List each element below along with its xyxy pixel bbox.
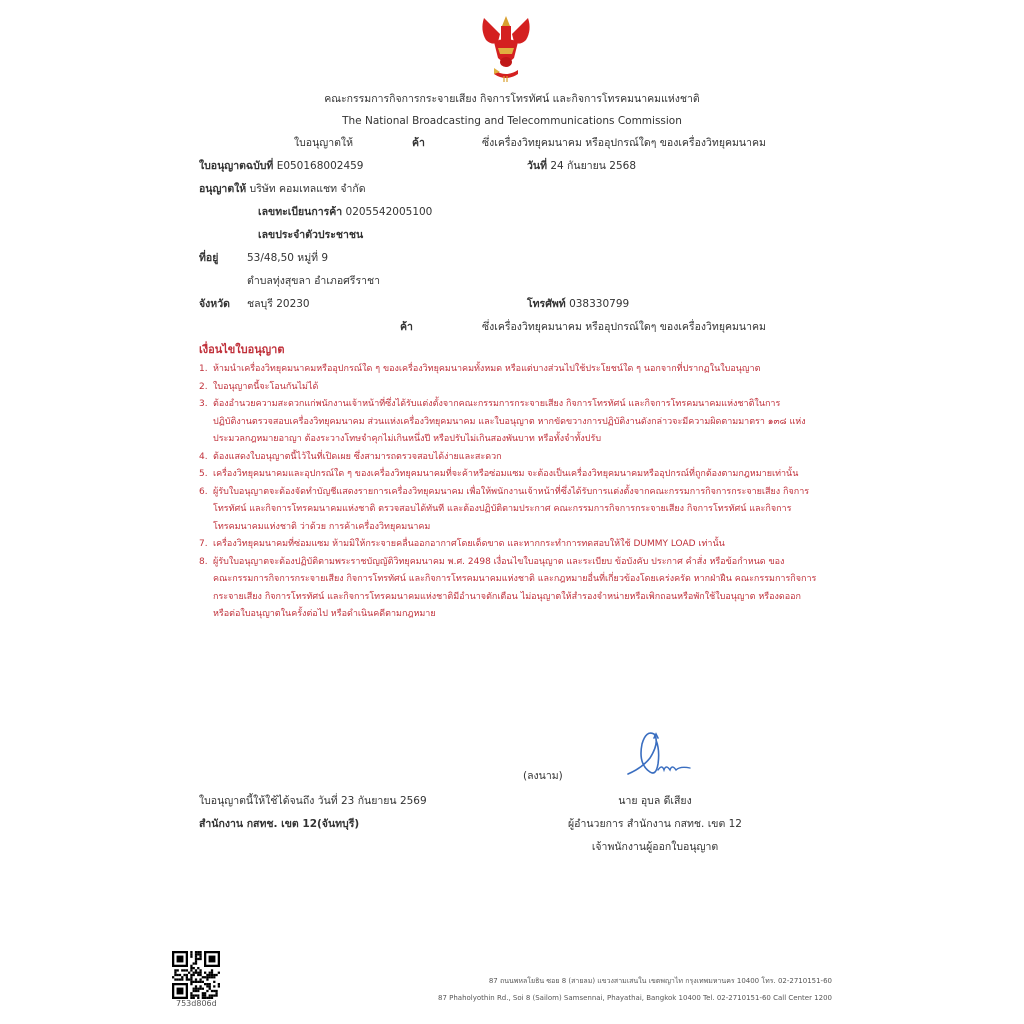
condition-item-line: หรือต่อใบอนุญาตในครั้งต่อไป หรือดำเนินคด… xyxy=(199,606,816,624)
grantee-label: อนุญาตให้ xyxy=(199,183,246,195)
condition-text: ห้ามนำเครื่องวิทยุคมนาคมหรืออุปกรณ์ใด ๆ … xyxy=(213,364,760,374)
signer-name: นาย อุบล ดีเสียง xyxy=(560,794,750,808)
condition-number: 3. xyxy=(199,396,213,414)
trade-registration: เลขทะเบียนการค้า 0205542005100 xyxy=(258,205,432,219)
address-line-1: 53/48,50 หมู่ที่ 9 xyxy=(247,251,328,265)
condition-item-line: 5.เครื่องวิทยุคมนาคมและอุปกรณ์ใด ๆ ของเค… xyxy=(199,466,816,484)
condition-number: 2. xyxy=(199,379,213,397)
condition-text: ต้องอำนวยความสะดวกแก่พนักงานเจ้าหน้าที่ซ… xyxy=(213,399,780,409)
condition-text: ใบอนุญาตนี้จะโอนกันไม่ได้ xyxy=(213,382,318,392)
sign-label: (ลงนาม) xyxy=(523,769,563,783)
grantee: อนุญาตให้ บริษัท คอมเทลแชท จำกัด xyxy=(199,182,366,196)
condition-text: ผู้รับใบอนุญาตจะต้องจัดทำบัญชีแสดงรายการ… xyxy=(213,487,809,497)
license-date: วันที่ 24 กันยายน 2568 xyxy=(527,159,636,173)
commission-title-en: The National Broadcasting and Telecommun… xyxy=(0,114,1024,128)
condition-text: เครื่องวิทยุคมนาคมที่ซ่อมแซม ห้ามมิให้กร… xyxy=(213,539,725,549)
license-type-value: ค้า xyxy=(412,136,425,150)
condition-item-line: ประมวลกฎหมายอาญา ต้องระวางโทษจำคุกไม่เกิ… xyxy=(199,431,816,449)
condition-number: 7. xyxy=(199,536,213,554)
trade-registration-label: เลขทะเบียนการค้า xyxy=(258,206,342,218)
condition-item-line: กระจายเสียง กิจการโทรทัศน์ และกิจการโทรค… xyxy=(199,589,816,607)
conditions-title: เงื่อนไขใบอนุญาต xyxy=(199,343,284,357)
condition-number: 5. xyxy=(199,466,213,484)
condition-item-line: 4.ต้องแสดงใบอนุญาตนี้ไว้ในที่เปิดเผย ซึ่… xyxy=(199,449,816,467)
conditions-list: 1.ห้ามนำเครื่องวิทยุคมนาคมหรืออุปกรณ์ใด … xyxy=(199,361,816,624)
footer-address-en: 87 Phaholyothin Rd., Soi 8 (Sailom) Sams… xyxy=(438,992,832,1004)
signer-title: ผู้อำนวยการ สำนักงาน กสทช. เขต 12 xyxy=(560,817,750,831)
condition-text: ประมวลกฎหมายอาญา ต้องระวางโทษจำคุกไม่เกิ… xyxy=(213,434,601,444)
condition-item-line: โทรคมนาคมแห่งชาติ ว่าด้วย การค้าเครื่องว… xyxy=(199,519,816,537)
condition-item-line: 2.ใบอนุญาตนี้จะโอนกันไม่ได้ xyxy=(199,379,816,397)
license-date-value: 24 กันยายน 2568 xyxy=(550,160,636,172)
signature-icon xyxy=(620,728,700,780)
license-type-description: ซึ่งเครื่องวิทยุคมนาคม หรืออุปกรณ์ใดๆ ขอ… xyxy=(482,136,766,150)
grantee-value: บริษัท คอมเทลแชท จำกัด xyxy=(250,183,366,195)
condition-number: 1. xyxy=(199,361,213,379)
condition-number: 8. xyxy=(199,554,213,572)
license-type-value-2: ค้า xyxy=(400,320,413,334)
condition-text: หรือต่อใบอนุญาตในครั้งต่อไป หรือดำเนินคด… xyxy=(213,609,436,619)
condition-text: คณะกรรมการกิจการกระจายเสียง กิจการโทรทัศ… xyxy=(213,574,816,584)
condition-item-line: คณะกรรมการกิจการกระจายเสียง กิจการโทรทัศ… xyxy=(199,571,816,589)
valid-until: ใบอนุญาตนี้ให้ใช้ได้จนถึง วันที่ 23 กันย… xyxy=(199,794,427,808)
condition-text: ผู้รับใบอนุญาตจะต้องปฏิบัติตามพระราชบัญญ… xyxy=(213,557,784,567)
province-value: ชลบุรี 20230 xyxy=(247,297,310,311)
condition-text: ต้องแสดงใบอนุญาตนี้ไว้ในที่เปิดเผย ซึ่งส… xyxy=(213,452,502,462)
condition-item-line: โทรทัศน์ และกิจการโทรคมนาคมแห่งชาติ ตรวจ… xyxy=(199,501,816,519)
condition-text: โทรคมนาคมแห่งชาติ ว่าด้วย การค้าเครื่องว… xyxy=(213,522,430,532)
trade-registration-value: 0205542005100 xyxy=(346,206,433,218)
license-number: ใบอนุญาตฉบับที่ E050168002459 xyxy=(199,159,364,173)
phone: โทรศัพท์ 038330799 xyxy=(527,297,629,311)
national-id: เลขประจำตัวประชาชน xyxy=(258,228,363,242)
license-type-description-2: ซึ่งเครื่องวิทยุคมนาคม หรืออุปกรณ์ใดๆ ขอ… xyxy=(482,320,766,334)
issuing-office: สำนักงาน กสทช. เขต 12(จันทบุรี) xyxy=(199,817,359,831)
commission-title-th: คณะกรรมการกิจการกระจายเสียง กิจการโทรทัศ… xyxy=(0,92,1024,106)
condition-item-line: 8.ผู้รับใบอนุญาตจะต้องปฏิบัติตามพระราชบั… xyxy=(199,554,816,572)
phone-label: โทรศัพท์ xyxy=(527,298,566,310)
condition-number: 6. xyxy=(199,484,213,502)
footer-address-th: 87 ถนนพหลโยธิน ซอย 8 (สายลม) แขวงสามเสนใ… xyxy=(489,975,832,987)
condition-item-line: 1.ห้ามนำเครื่องวิทยุคมนาคมหรืออุปกรณ์ใด … xyxy=(199,361,816,379)
condition-text: ปฏิบัติงานตรวจสอบเครื่องวิทยุคมนาคม ส่วน… xyxy=(213,417,806,427)
condition-item-line: 7.เครื่องวิทยุคมนาคมที่ซ่อมแซม ห้ามมิให้… xyxy=(199,536,816,554)
condition-number: 4. xyxy=(199,449,213,467)
condition-text: โทรทัศน์ และกิจการโทรคมนาคมแห่งชาติ ตรวจ… xyxy=(213,504,791,514)
condition-item-line: 6.ผู้รับใบอนุญาตจะต้องจัดทำบัญชีแสดงรายก… xyxy=(199,484,816,502)
condition-text: เครื่องวิทยุคมนาคมและอุปกรณ์ใด ๆ ของเครื… xyxy=(213,469,798,479)
phone-value: 038330799 xyxy=(569,298,629,310)
national-id-label: เลขประจำตัวประชาชน xyxy=(258,229,363,241)
garuda-emblem-icon xyxy=(476,12,536,84)
license-number-label: ใบอนุญาตฉบับที่ xyxy=(199,160,273,172)
condition-item-line: ปฏิบัติงานตรวจสอบเครื่องวิทยุคมนาคม ส่วน… xyxy=(199,414,816,432)
address-label: ที่อยู่ xyxy=(199,251,218,265)
qr-code-id: 753d806d xyxy=(176,999,217,1008)
license-date-label: วันที่ xyxy=(527,160,547,172)
license-type-label: ใบอนุญาตให้ xyxy=(294,136,353,150)
condition-text: กระจายเสียง กิจการโทรทัศน์ และกิจการโทรค… xyxy=(213,592,801,602)
qr-code-icon[interactable] xyxy=(172,951,220,999)
signer-role: เจ้าพนักงานผู้ออกใบอนุญาต xyxy=(560,840,750,854)
address-line-2: ตำบลทุ่งสุขลา อำเภอศรีราชา xyxy=(247,274,380,288)
license-number-value: E050168002459 xyxy=(277,160,364,172)
province-label: จังหวัด xyxy=(199,297,230,311)
condition-item-line: 3.ต้องอำนวยความสะดวกแก่พนักงานเจ้าหน้าที… xyxy=(199,396,816,414)
